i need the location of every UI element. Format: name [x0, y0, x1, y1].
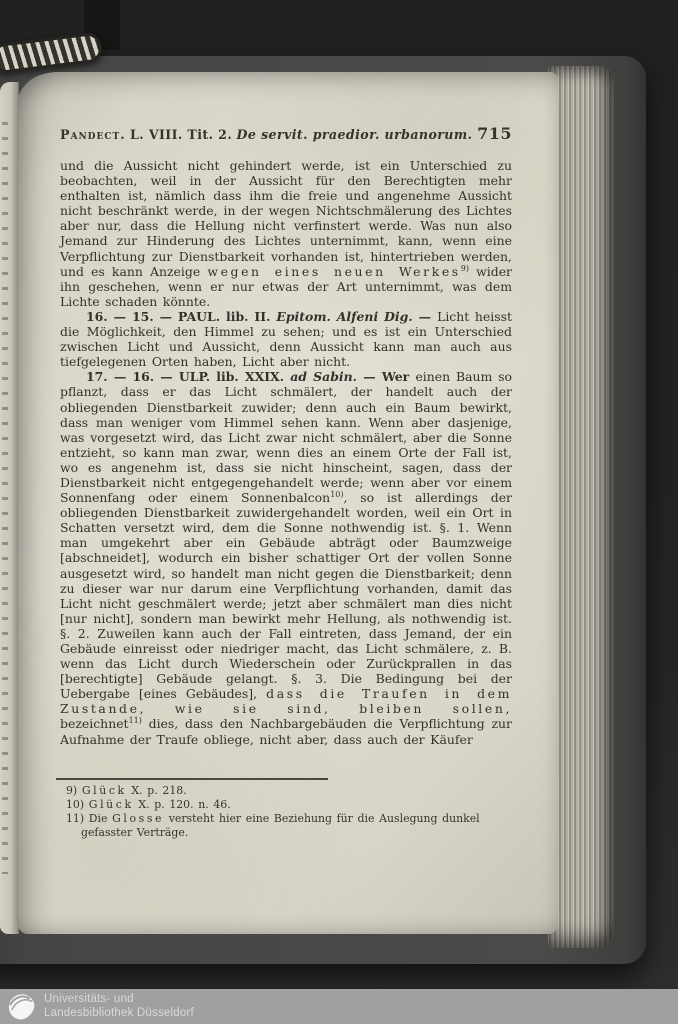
text-segment: — Wer: [357, 369, 415, 384]
body-paragraph: 16. — 15. — PAUL. lib. II. Epitom. Alfen…: [60, 309, 512, 369]
text-segment: , so ist allerdings der obliegenden Dien…: [60, 490, 512, 701]
latin-title: De servit. praedior. urbanorum.: [237, 127, 473, 142]
text-segment: X. p. 218.: [127, 784, 187, 797]
text-segment: ad Sabin.: [290, 369, 357, 384]
library-footer-bar: Universitäts- und Landesbibliothek Düsse…: [0, 989, 678, 1024]
text-segment: 11) Die: [66, 812, 112, 825]
text-segment: Glück: [89, 798, 134, 811]
text-segment: 16. — 15. — PAUL. lib. II.: [86, 309, 276, 324]
footnote-marker: 9): [461, 264, 469, 273]
text-segment: X. p. 120. n. 46.: [134, 798, 231, 811]
text-segment: einen Baum so pflanzt, dass er das Licht…: [60, 369, 512, 505]
footnote-marker: 10): [330, 490, 343, 499]
footnotes: 9) Glück X. p. 218.10) Glück X. p. 120. …: [66, 784, 506, 840]
footnote: 11) Die Glosse versteht hier eine Bezieh…: [66, 812, 506, 840]
text-segment: bezeichnet: [60, 716, 129, 731]
text-segment: wegen eines neuen Werkes: [207, 264, 460, 279]
text-segment: 9): [66, 784, 82, 797]
library-name-line2: Landesbibliothek Düsseldorf: [44, 1007, 194, 1021]
text-segment: Epitom. Alfeni Dig.: [276, 309, 412, 324]
series-label: Pandect.: [60, 127, 126, 142]
footnote-marker: 11): [129, 716, 142, 725]
text-segment: Glosse: [112, 812, 164, 825]
text-segment: Glück: [82, 784, 127, 797]
footnote: 10) Glück X. p. 120. n. 46.: [66, 798, 506, 812]
body-text: und die Aussicht nicht gehindert werde, …: [60, 158, 512, 747]
footnote: 9) Glück X. p. 218.: [66, 784, 506, 798]
body-paragraph: 17. — 16. — ULP. lib. XXIX. ad Sabin. — …: [60, 369, 512, 746]
citation-label: L. VIII. Tit. 2.: [130, 127, 232, 142]
body-paragraph: und die Aussicht nicht gehindert werde, …: [60, 158, 512, 309]
footnote-rule: [56, 778, 328, 780]
text-segment: 17. — 16. — ULP. lib. XXIX.: [86, 369, 290, 384]
running-head: Pandect. L. VIII. Tit. 2. De servit. pra…: [60, 124, 512, 143]
page-number: 715: [477, 124, 512, 143]
text-segment: und die Aussicht nicht gehindert werde, …: [60, 158, 512, 279]
text-segment: 10): [66, 798, 89, 811]
library-name-line1: Universitäts- und: [44, 993, 194, 1007]
scanned-page: Pandect. L. VIII. Tit. 2. De servit. pra…: [18, 72, 558, 934]
text-segment: —: [413, 309, 437, 324]
library-name: Universitäts- und Landesbibliothek Düsse…: [44, 993, 194, 1020]
running-head-title: Pandect. L. VIII. Tit. 2. De servit. pra…: [60, 127, 472, 142]
ulb-duesseldorf-logo-icon: [7, 993, 37, 1021]
facing-page-sliver: [0, 82, 19, 934]
facing-page-text-fragments: [2, 122, 8, 874]
